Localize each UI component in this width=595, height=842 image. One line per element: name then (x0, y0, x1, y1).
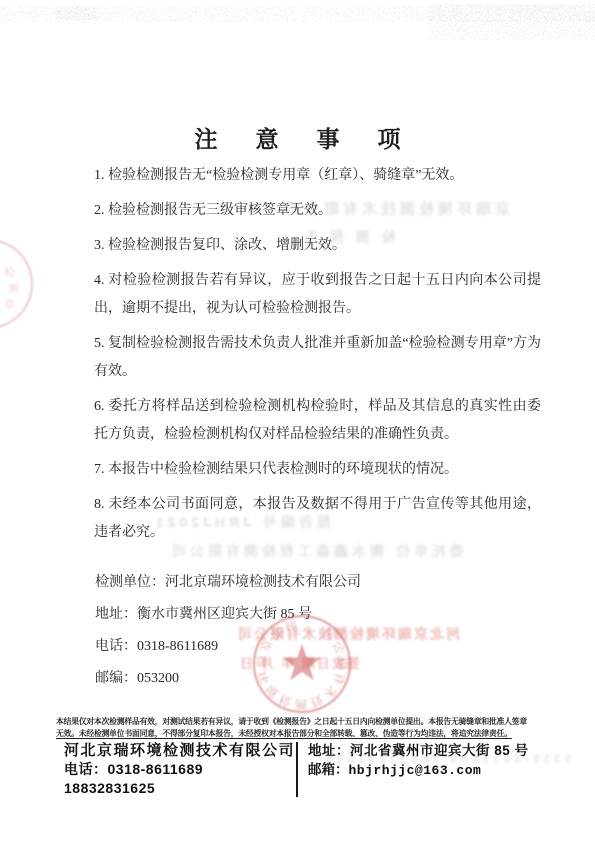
footer-email-row: 邮箱：hbjrhjjc@163.com (308, 760, 544, 780)
footer-phone-label: 电话： (64, 761, 108, 777)
svg-text:检: 检 (4, 265, 15, 279)
scan-noise-band (0, 0, 595, 48)
notice-list: 1. 检验检测报告无“检验检测专用章（红章）、骑缝章”无效。 2. 检验检测报告… (94, 162, 541, 554)
contact-postcode-value: 053200 (137, 671, 179, 686)
footer-phone-row: 电话：0318-861168918832831625 (64, 760, 296, 798)
noise-smudge-left (55, 7, 97, 20)
notice-item-8: 8. 未经本公司书面同意，本报告及数据不得用于广告宣传等其他用途，违者必究。 (94, 491, 541, 547)
notice-item-1: 1. 检验检测报告无“检验检测专用章（红章）、骑缝章”无效。 (94, 162, 541, 190)
svg-text:章: 章 (4, 297, 15, 311)
page-title: 注意事项 (0, 121, 595, 154)
contact-address-label: 地址： (95, 607, 137, 622)
footer-address-label: 地址： (308, 743, 350, 758)
footer-phone-1: 0318-8611689 (108, 761, 204, 777)
noise-patch-right (428, 4, 595, 40)
notice-item-5: 5. 复制检验检测报告需技术负责人批准并重新加盖“检验检测专用章”方为有效。 (94, 330, 541, 386)
footer: 河北京瑞环境检测技术有限公司 电话：0318-86116891883283162… (64, 741, 544, 798)
contact-phone-row: 电话：0318-8611689 (95, 636, 361, 657)
left-edge-seal-arc: 检 测 章 (0, 234, 38, 334)
fine-print: 本结果仅对本次检测样品有效，对测试结果若有异议，请于收到《检测报告》之日起十五日… (56, 716, 544, 740)
footer-email-label: 邮箱： (308, 762, 349, 777)
footer-left-column: 河北京瑞环境检测技术有限公司 电话：0318-86116891883283162… (64, 741, 296, 798)
footer-right-column: 地址：河北省冀州市迎宾大街 85 号 邮箱：hbjrhjjc@163.com (304, 741, 544, 798)
contact-unit-row: 检测单位：河北京瑞环境检测技术有限公司 (95, 572, 361, 593)
notice-item-7: 7. 本报告中检验检测结果只代表检测时的环境现状的情况。 (94, 456, 541, 484)
contact-phone-value: 0318-8611689 (137, 639, 218, 654)
contact-block: 检测单位：河北京瑞环境检测技术有限公司 地址：衡水市冀州区迎宾大街 85 号 电… (95, 572, 361, 700)
contact-address-value: 衡水市冀州区迎宾大街 85 号 (137, 607, 312, 622)
notice-item-6: 6. 委托方将样品送到检验检测机构检验时，样品及其信息的真实性由委托方负责，检验… (94, 393, 541, 449)
footer-address-value: 河北省冀州市迎宾大街 85 号 (350, 743, 529, 758)
fine-print-line-1: 本结果仅对本次检测样品有效，对测试结果若有异议，请于收到《检测报告》之日起十五日… (56, 716, 544, 728)
notice-item-2: 2. 检验检测报告无三级审核签章无效。 (94, 197, 541, 225)
footer-company-name: 河北京瑞环境检测技术有限公司 (64, 741, 296, 760)
footer-phone-2: 18832831625 (64, 780, 155, 796)
contact-address-row: 地址：衡水市冀州区迎宾大街 85 号 (95, 604, 361, 625)
footer-divider (296, 742, 298, 797)
fine-print-line-2: 无效。未经检测单位书面同意，不得部分复印本报告，未经授权对本报告部分和全部转载、… (56, 728, 544, 740)
report-notice-page: 京瑞环境检测技术有限公司 检 测 报 告 报告编号 JRHJ2021 委托单位 … (0, 0, 595, 842)
notice-item-4: 4. 对检验检测报告若有异议，应于收到报告之日起十五日内向本公司提出，逾期不提出… (94, 267, 541, 323)
footer-address-row: 地址：河北省冀州市迎宾大街 85 号 (308, 741, 544, 760)
contact-postcode-row: 邮编：053200 (95, 668, 361, 689)
noise-strip (0, 5, 595, 22)
contact-unit-label: 检测单位： (95, 575, 165, 590)
notice-item-3: 3. 检验检测报告复印、涂改、增删无效。 (94, 232, 541, 260)
contact-postcode-label: 邮编： (95, 671, 137, 686)
contact-phone-label: 电话： (95, 639, 137, 654)
footer-email-value: hbjrhjjc@163.com (349, 763, 482, 778)
svg-text:测: 测 (8, 281, 19, 295)
contact-unit-value: 河北京瑞环境检测技术有限公司 (165, 575, 361, 590)
